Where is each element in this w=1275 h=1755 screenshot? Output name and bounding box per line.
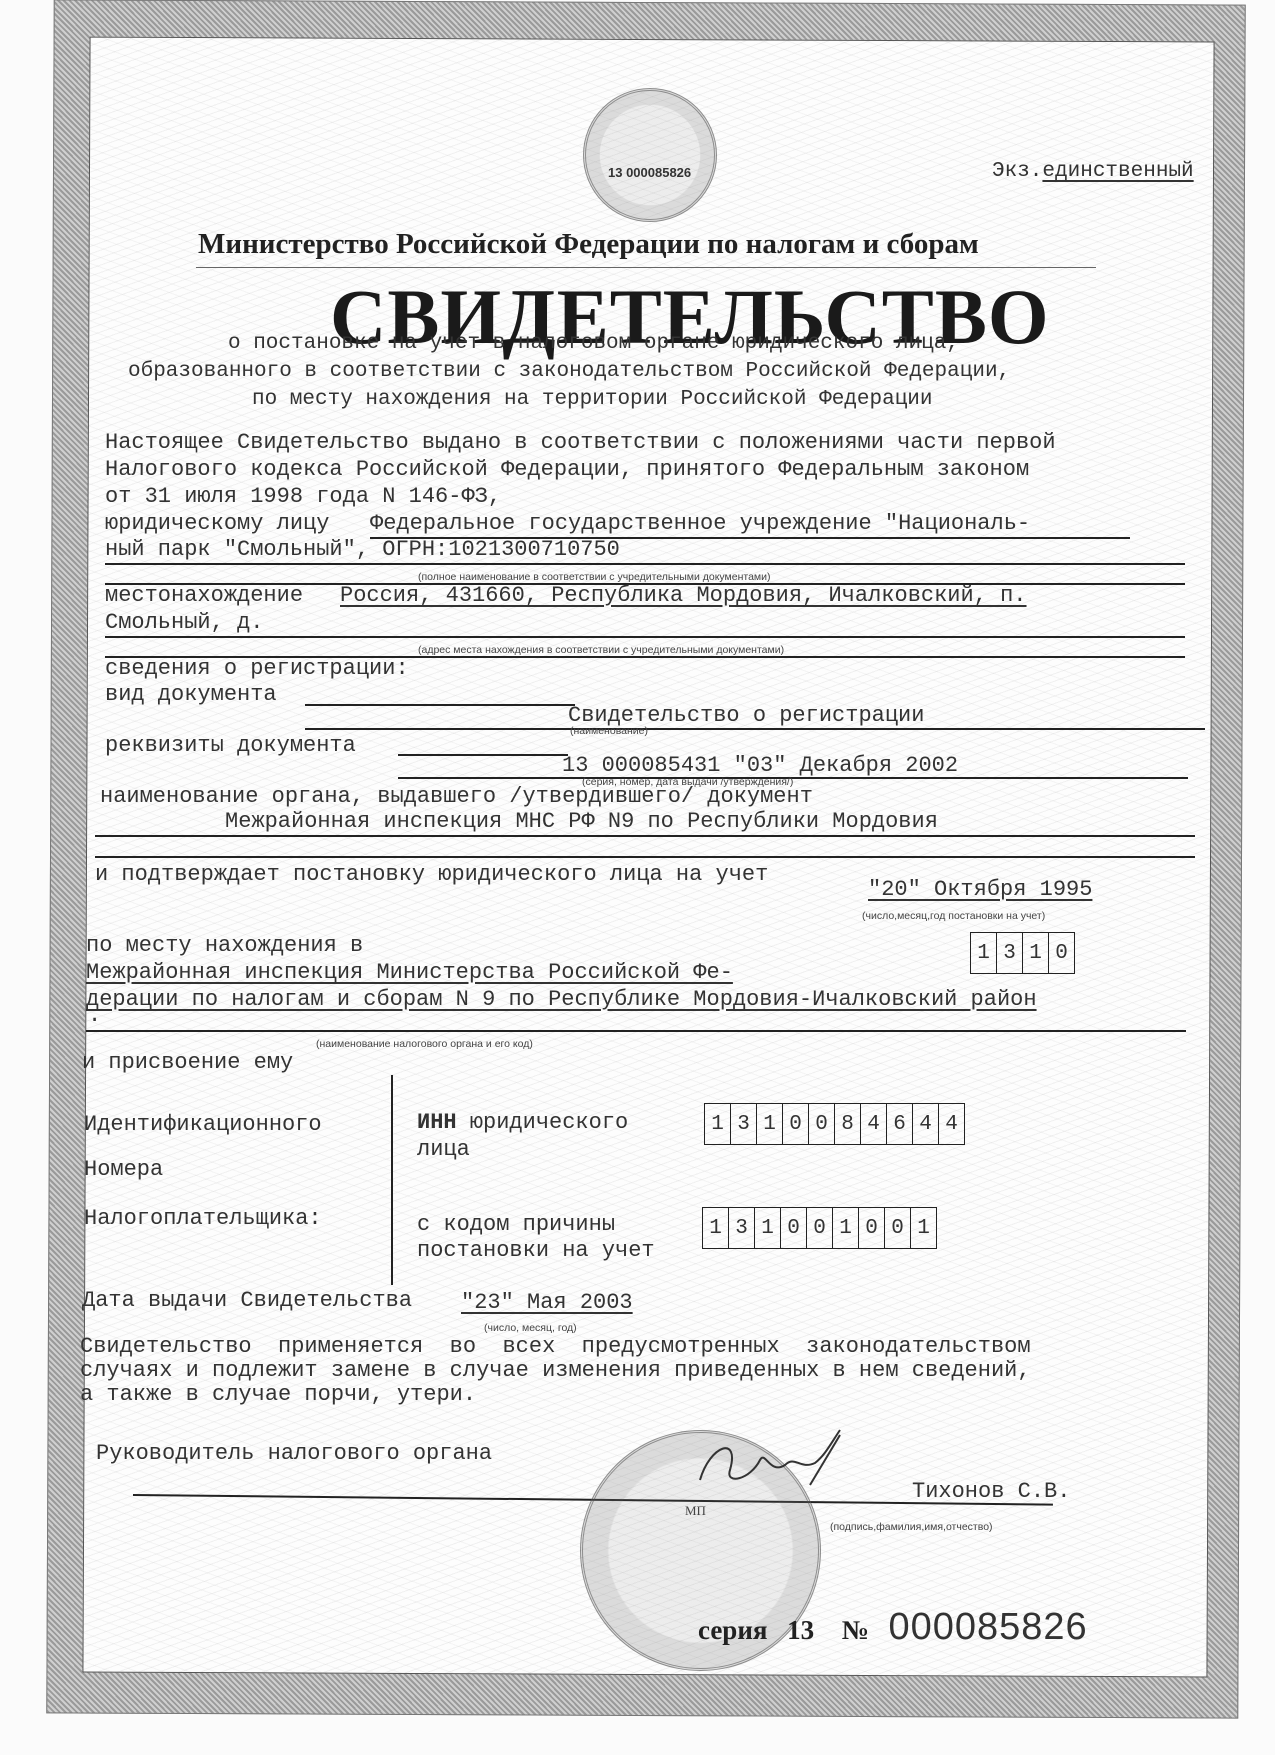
copy-indicator: Экз.единственный bbox=[992, 160, 1194, 183]
doc-type-underline bbox=[305, 728, 1205, 730]
authority-code-digit: 1 bbox=[1023, 933, 1049, 973]
inn-digit: 8 bbox=[835, 1104, 861, 1144]
kpp-digit: 1 bbox=[755, 1208, 781, 1248]
inn-digit: 0 bbox=[809, 1104, 835, 1144]
confirmation-text: и подтверждает постановку юридического л… bbox=[95, 862, 768, 887]
doc-type-label: вид документа bbox=[105, 682, 277, 707]
hologram-stamp-number: 13 000085826 bbox=[608, 165, 691, 180]
kpp-label-line-1: с кодом причины bbox=[417, 1212, 615, 1237]
place-label: по месту нахождения в bbox=[86, 933, 363, 958]
kpp-digits: 1 3 1 0 0 1 0 0 1 bbox=[702, 1207, 937, 1249]
entity-label: юридическому лицу bbox=[105, 511, 329, 536]
location-hint: (адрес места нахождения в соответствии с… bbox=[418, 644, 784, 656]
validity-line-3: а также в случае порчи, утери. bbox=[80, 1382, 476, 1407]
kpp-digit: 0 bbox=[807, 1208, 833, 1248]
doc-type-hint: (наименование) bbox=[570, 725, 648, 737]
inn-label: ИНН юридического bbox=[417, 1110, 628, 1135]
signature-hint: (подпись,фамилия,имя,отчество) bbox=[830, 1521, 993, 1533]
kpp-digit: 1 bbox=[703, 1208, 729, 1248]
copy-label: Экз. bbox=[992, 160, 1042, 183]
issue-label: Дата выдачи Свидетельства bbox=[82, 1288, 412, 1313]
kpp-digit: 1 bbox=[833, 1208, 859, 1248]
copy-value: единственный bbox=[1042, 160, 1193, 183]
authority-code-digit: 0 bbox=[1049, 933, 1074, 973]
serial-number: 000085826 bbox=[888, 1606, 1087, 1648]
inn-digits: 1 3 1 0 0 8 4 6 4 4 bbox=[704, 1103, 965, 1145]
tin-label-line-1: Идентификационного bbox=[84, 1112, 322, 1137]
ministry-divider bbox=[196, 267, 1096, 268]
series-label: серия bbox=[698, 1615, 767, 1645]
location-line-1: Россия, 431660, Республика Мордовия, Ича… bbox=[340, 583, 1027, 608]
validity-line-2: случаях и подлежит замене в случае измен… bbox=[80, 1358, 1031, 1383]
authority-code-digit: 1 bbox=[971, 933, 997, 973]
entity-underline-2 bbox=[105, 563, 1185, 565]
entity-hint: (полное наименование в соответствии с уч… bbox=[418, 571, 771, 583]
inn-digit: 3 bbox=[731, 1104, 757, 1144]
intro-line-1: Настоящее Свидетельство выдано в соответ… bbox=[105, 430, 1056, 455]
inn-label-rest: юридического bbox=[470, 1110, 628, 1135]
kpp-digit: 0 bbox=[885, 1208, 911, 1248]
confirmation-date-hint: (число,месяц,год постановки на учет) bbox=[862, 910, 1045, 922]
series-value: 13 bbox=[787, 1615, 814, 1645]
entity-name-line-2: ный парк "Смольный", ОГРН:1021300710750 bbox=[105, 537, 620, 562]
issuer-label: наименование органа, выдавшего /утвердив… bbox=[100, 784, 813, 809]
issue-date: "23" Мая 2003 bbox=[461, 1290, 633, 1315]
inn-digit: 4 bbox=[861, 1104, 887, 1144]
subtitle-line-3: по месту нахождения на территории Россий… bbox=[252, 388, 933, 411]
signatory-name: Тихонов С.В. bbox=[912, 1479, 1070, 1504]
kpp-digit: 1 bbox=[911, 1208, 936, 1248]
location-underline-1 bbox=[105, 636, 1185, 638]
kpp-label-line-2: постановки на учет bbox=[417, 1238, 655, 1263]
assignment-text: и присвоение ему bbox=[82, 1050, 293, 1075]
subtitle-line-1: о постановке на учет в налоговом органе … bbox=[228, 332, 959, 355]
inn-digit: 0 bbox=[783, 1104, 809, 1144]
kpp-digit: 0 bbox=[859, 1208, 885, 1248]
inn-digit: 6 bbox=[887, 1104, 913, 1144]
subtitle-line-2: образованного в соответствии с законодат… bbox=[128, 360, 1010, 383]
inn-digit: 4 bbox=[913, 1104, 939, 1144]
details-value: 13 000085431 "03" Декабря 2002 bbox=[562, 753, 958, 778]
assignment-divider bbox=[391, 1075, 393, 1285]
kpp-digit: 0 bbox=[781, 1208, 807, 1248]
intro-line-2: Налогового кодекса Российской Федерации,… bbox=[105, 457, 1029, 482]
issuer-underline-1 bbox=[95, 835, 1195, 837]
inn-label-line-2: лица bbox=[417, 1137, 470, 1162]
inn-label-bold: ИНН bbox=[417, 1110, 457, 1135]
hologram-stamp: 13 000085826 bbox=[583, 88, 717, 222]
inn-digit: 4 bbox=[939, 1104, 964, 1144]
confirmation-date: "20" Октября 1995 bbox=[868, 877, 1092, 902]
handwritten-signature bbox=[690, 1425, 860, 1505]
number-sign: № bbox=[842, 1615, 869, 1645]
signatory-role: Руководитель налогового органа bbox=[96, 1441, 492, 1466]
authority-hint: (наименование налогового органа и его ко… bbox=[316, 1038, 533, 1050]
details-line-a bbox=[398, 754, 568, 756]
tin-label-line-3: Налогоплательщика: bbox=[84, 1206, 322, 1231]
authority-code-digit: 3 bbox=[997, 933, 1023, 973]
doc-type-line-a bbox=[305, 704, 575, 706]
ministry-header: Министерство Российской Федерации по нал… bbox=[198, 228, 979, 261]
authority-line-3: . bbox=[88, 1003, 101, 1028]
authority-code: 1 3 1 0 bbox=[970, 932, 1075, 974]
authority-underline bbox=[86, 1030, 1186, 1032]
authority-line-2: дерации по налогам и сборам N 9 по Респу… bbox=[86, 987, 1037, 1012]
validity-line-1: Свидетельство применяется во всех предус… bbox=[80, 1334, 1031, 1359]
location-label: местонахождение bbox=[105, 583, 303, 608]
issuer-underline-2 bbox=[95, 856, 1195, 858]
location-line-2: Смольный, д. bbox=[105, 610, 263, 635]
inn-digit: 1 bbox=[705, 1104, 731, 1144]
seal-mark: МП bbox=[685, 1503, 706, 1519]
issue-hint: (число, месяц, год) bbox=[484, 1322, 577, 1334]
entity-name-line-1: Федеральное государственное учреждение "… bbox=[370, 511, 1030, 536]
issuer-value: Межрайонная инспекция МНС РФ N9 по Респу… bbox=[225, 809, 938, 834]
authority-line-1: Межрайонная инспекция Министерства Росси… bbox=[86, 960, 733, 985]
details-label: реквизиты документа bbox=[105, 733, 356, 758]
registration-heading: сведения о регистрации: bbox=[105, 656, 409, 681]
serial-block: серия 13 № 000085826 bbox=[698, 1606, 1088, 1649]
inn-digit: 1 bbox=[757, 1104, 783, 1144]
kpp-digit: 3 bbox=[729, 1208, 755, 1248]
tin-label-line-2: Номера bbox=[84, 1157, 163, 1182]
intro-line-3: от 31 июля 1998 года N 146-ФЗ, bbox=[105, 484, 501, 509]
